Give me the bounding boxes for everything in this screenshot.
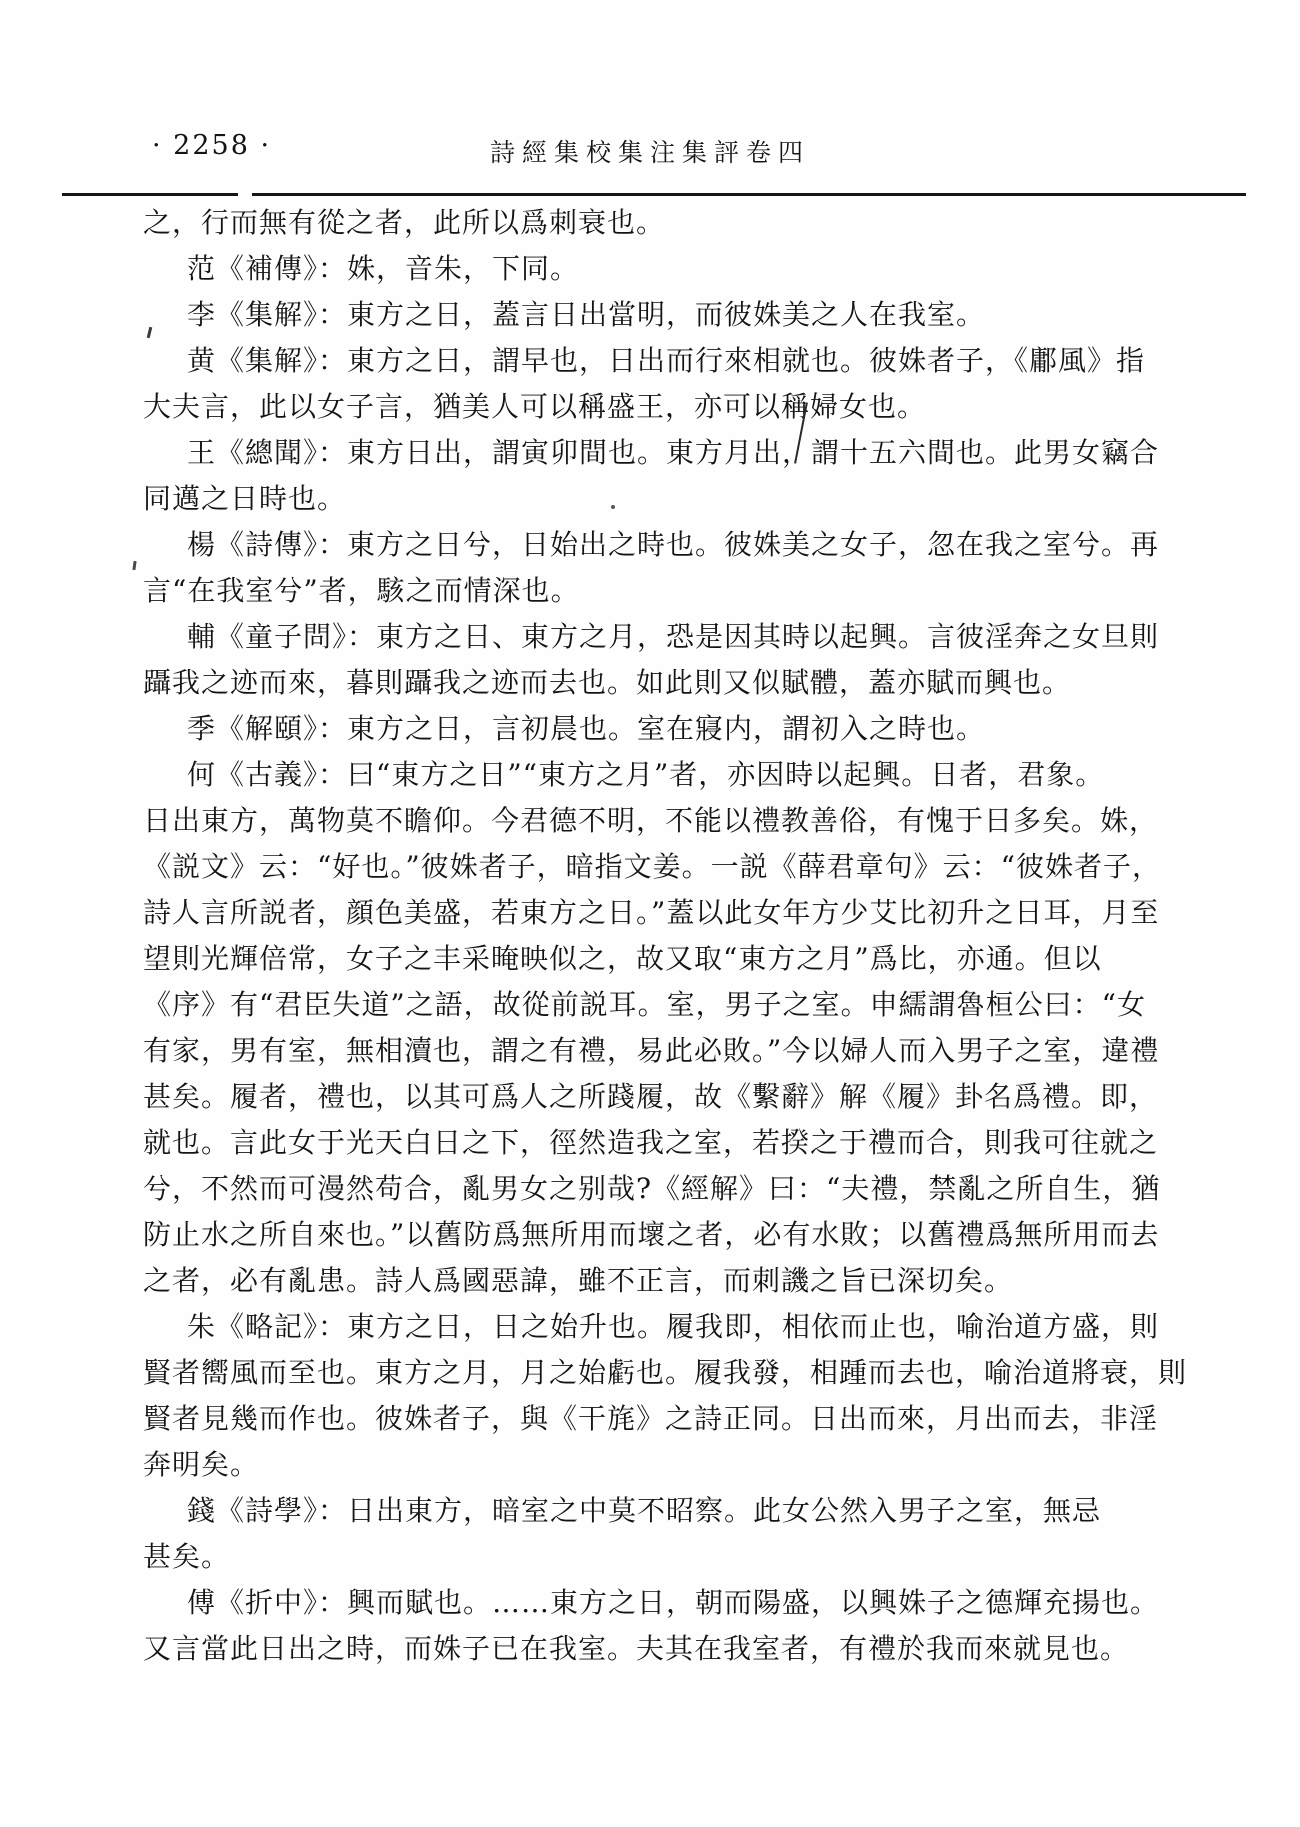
text-line: 同邁之日時也。 bbox=[143, 476, 1173, 522]
text-line: 朱《略記》：東方之日，日之始升也。履我即，相依而止也，喻治道方盛，則 bbox=[143, 1304, 1173, 1350]
text-line: 就也。言此女于光天白日之下，徑然造我之室，若揆之于禮而合，則我可往就之 bbox=[143, 1120, 1173, 1166]
text-line: 奔明矣。 bbox=[143, 1442, 1173, 1488]
text-line: 何《古義》：曰“東方之日”“東方之月”者，亦因時以起興。日者，君象。 bbox=[143, 752, 1173, 798]
text-line: 輔《童子問》：東方之日、東方之月，恐是因其時以起興。言彼淫奔之女旦則 bbox=[143, 614, 1173, 660]
text-line: 望則光輝倍常，女子之丰采晻映似之，故又取“東方之月”爲比，亦通。但以 bbox=[143, 936, 1173, 982]
scan-artifact-dot bbox=[611, 505, 615, 509]
text-line: 《説文》云：“好也。”彼姝者子，暗指文姜。一説《薛君章句》云：“彼姝者子， bbox=[143, 844, 1173, 890]
text-line: 李《集解》：東方之日，蓋言日出當明，而彼姝美之人在我室。 bbox=[143, 292, 1173, 338]
text-line: 躡我之迹而來，暮則躡我之迹而去也。如此則又似賦體，蓋亦賦而興也。 bbox=[143, 660, 1173, 706]
text-line: 甚矣。 bbox=[143, 1534, 1173, 1580]
text-line: 賢者見幾而作也。彼姝者子，與《干旄》之詩正同。日出而來，月出而去，非淫 bbox=[143, 1396, 1173, 1442]
running-title: 詩經集校集注集評卷四 bbox=[0, 133, 1300, 169]
text-line: 大夫言，此以女子言，猶美人可以稱盛王，亦可以稱婦女也。 bbox=[143, 384, 1173, 430]
text-line: 日出東方，萬物莫不瞻仰。今君德不明，不能以禮教善俗，有愧于日多矣。姝， bbox=[143, 798, 1173, 844]
text-line: 王《總聞》：東方日出，謂寅卯間也。東方月出，謂十五六間也。此男女竊合 bbox=[143, 430, 1173, 476]
text-line: 之者，必有亂患。詩人爲國惡諱，雖不正言，而刺譏之旨已深切矣。 bbox=[143, 1258, 1173, 1304]
text-line: 傅《折中》：興而賦也。……東方之日，朝而陽盛，以興姝子之德輝充揚也。 bbox=[143, 1580, 1173, 1626]
text-line: 防止水之所自來也。”以舊防爲無所用而壞之者，必有水敗；以舊禮爲無所用而去 bbox=[143, 1212, 1173, 1258]
text-line: 詩人言所説者，顔色美盛，若東方之日。”蓋以此女年方少艾比初升之日耳，月至 bbox=[143, 890, 1173, 936]
text-line: 之，行而無有從之者，此所以爲刺衰也。 bbox=[143, 200, 1173, 246]
text-line: 兮，不然而可漫然苟合，亂男女之别哉?《經解》曰：“夫禮，禁亂之所自生，猶 bbox=[143, 1166, 1173, 1212]
text-line: 季《解頤》：東方之日，言初晨也。室在寢内，謂初入之時也。 bbox=[143, 706, 1173, 752]
text-line: 范《補傳》：姝，音朱，下同。 bbox=[143, 246, 1173, 292]
text-line: 楊《詩傳》：東方之日兮，日始出之時也。彼姝美之女子，忽在我之室兮。再 bbox=[143, 522, 1173, 568]
text-line: 錢《詩學》：日出東方，暗室之中莫不昭察。此女公然入男子之室，無忌 bbox=[143, 1488, 1173, 1534]
scan-artifact-tick bbox=[132, 561, 136, 570]
header-rule-gap bbox=[238, 193, 252, 196]
page-body: 之，行而無有從之者，此所以爲刺衰也。范《補傳》：姝，音朱，下同。李《集解》：東方… bbox=[143, 200, 1173, 1672]
text-line: 賢者嚮風而至也。東方之月，月之始虧也。履我發，相踵而去也，喻治道將衰，則 bbox=[143, 1350, 1173, 1396]
scanned-book-page: · 2258 · 詩經集校集注集評卷四 之，行而無有從之者，此所以爲刺衰也。范《… bbox=[0, 0, 1300, 1827]
text-line: 甚矣。履者，禮也，以其可爲人之所踐履，故《繫辭》解《履》卦名爲禮。即， bbox=[143, 1074, 1173, 1120]
text-line: 有家，男有室，無相瀆也，謂之有禮，易此必敗。”今以婦人而入男子之室，違禮 bbox=[143, 1028, 1173, 1074]
text-line: 言“在我室兮”者，駭之而情深也。 bbox=[143, 568, 1173, 614]
text-line: 《序》有“君臣失道”之語，故從前説耳。室，男子之室。申繻謂魯桓公曰：“女 bbox=[143, 982, 1173, 1028]
text-line: 黄《集解》：東方之日，謂早也，日出而行來相就也。彼姝者子，《鄘風》指 bbox=[143, 338, 1173, 384]
text-line: 又言當此日出之時，而姝子已在我室。夫其在我室者，有禮於我而來就見也。 bbox=[143, 1626, 1173, 1672]
